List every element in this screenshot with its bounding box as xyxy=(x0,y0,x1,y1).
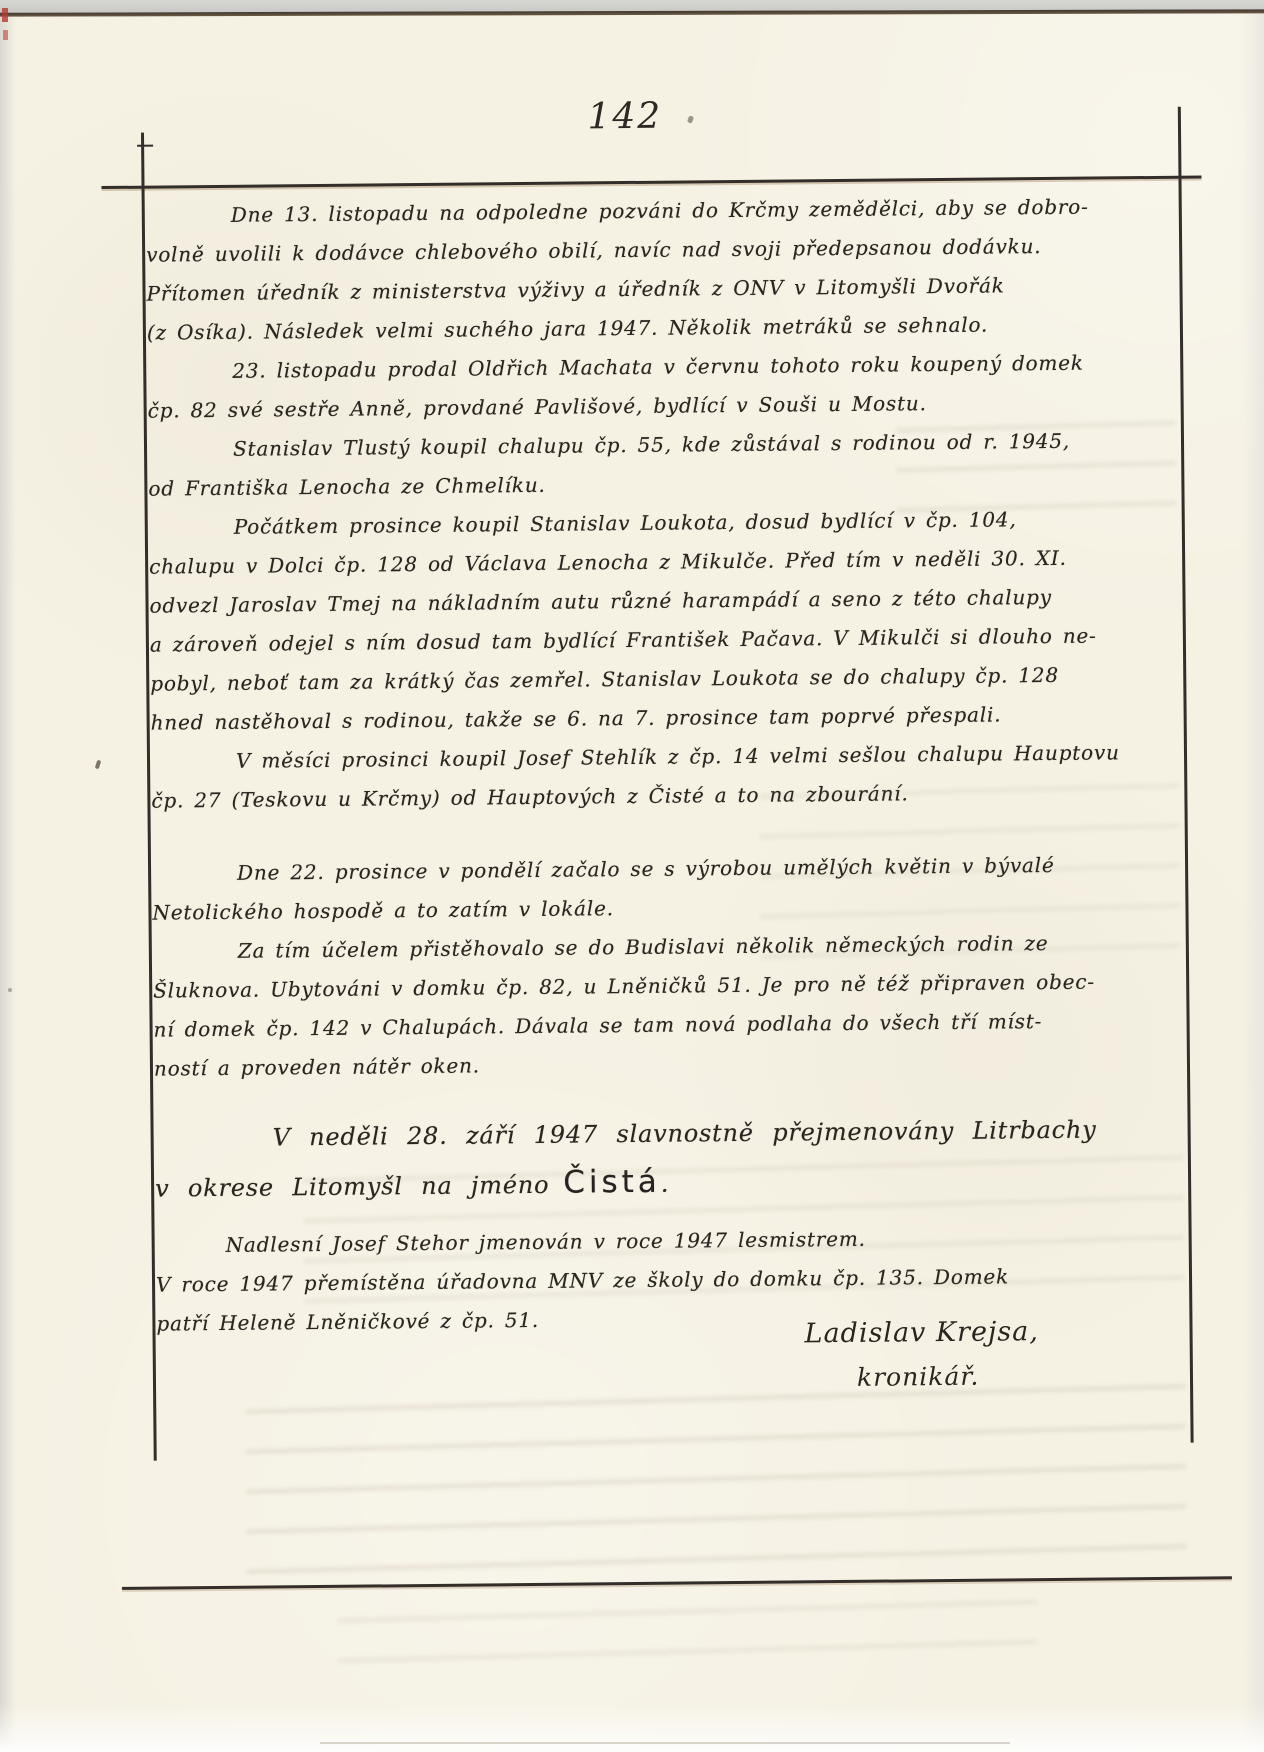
page-number: 142 xyxy=(0,90,1257,143)
paper-left-edge xyxy=(0,0,16,1752)
paper-right-edge xyxy=(1242,0,1264,1752)
paper-bottom-edge xyxy=(0,1704,1264,1752)
bleed-through xyxy=(337,1586,1038,1683)
chronicle-page: 142 Dne 13. listopadu na odpoledne pozvá… xyxy=(0,0,1264,1752)
bleed-through xyxy=(245,1375,1187,1594)
red-edge-mark xyxy=(2,8,8,22)
paragraph-grain-delivery: Dne 13. listopadu na odpoledne pozváni d… xyxy=(146,187,1177,353)
red-edge-mark xyxy=(3,30,8,40)
signature-name: Ladislav Krejsa, xyxy=(804,1316,1039,1349)
ink-speck xyxy=(8,988,12,992)
bleed-through xyxy=(896,400,1177,543)
bleed-through xyxy=(759,765,1181,969)
paper-bottom-shadow xyxy=(320,1742,1010,1744)
margin-tick xyxy=(137,145,153,147)
bleed-through xyxy=(303,1145,1184,1313)
margin-rule-top xyxy=(102,176,1202,190)
